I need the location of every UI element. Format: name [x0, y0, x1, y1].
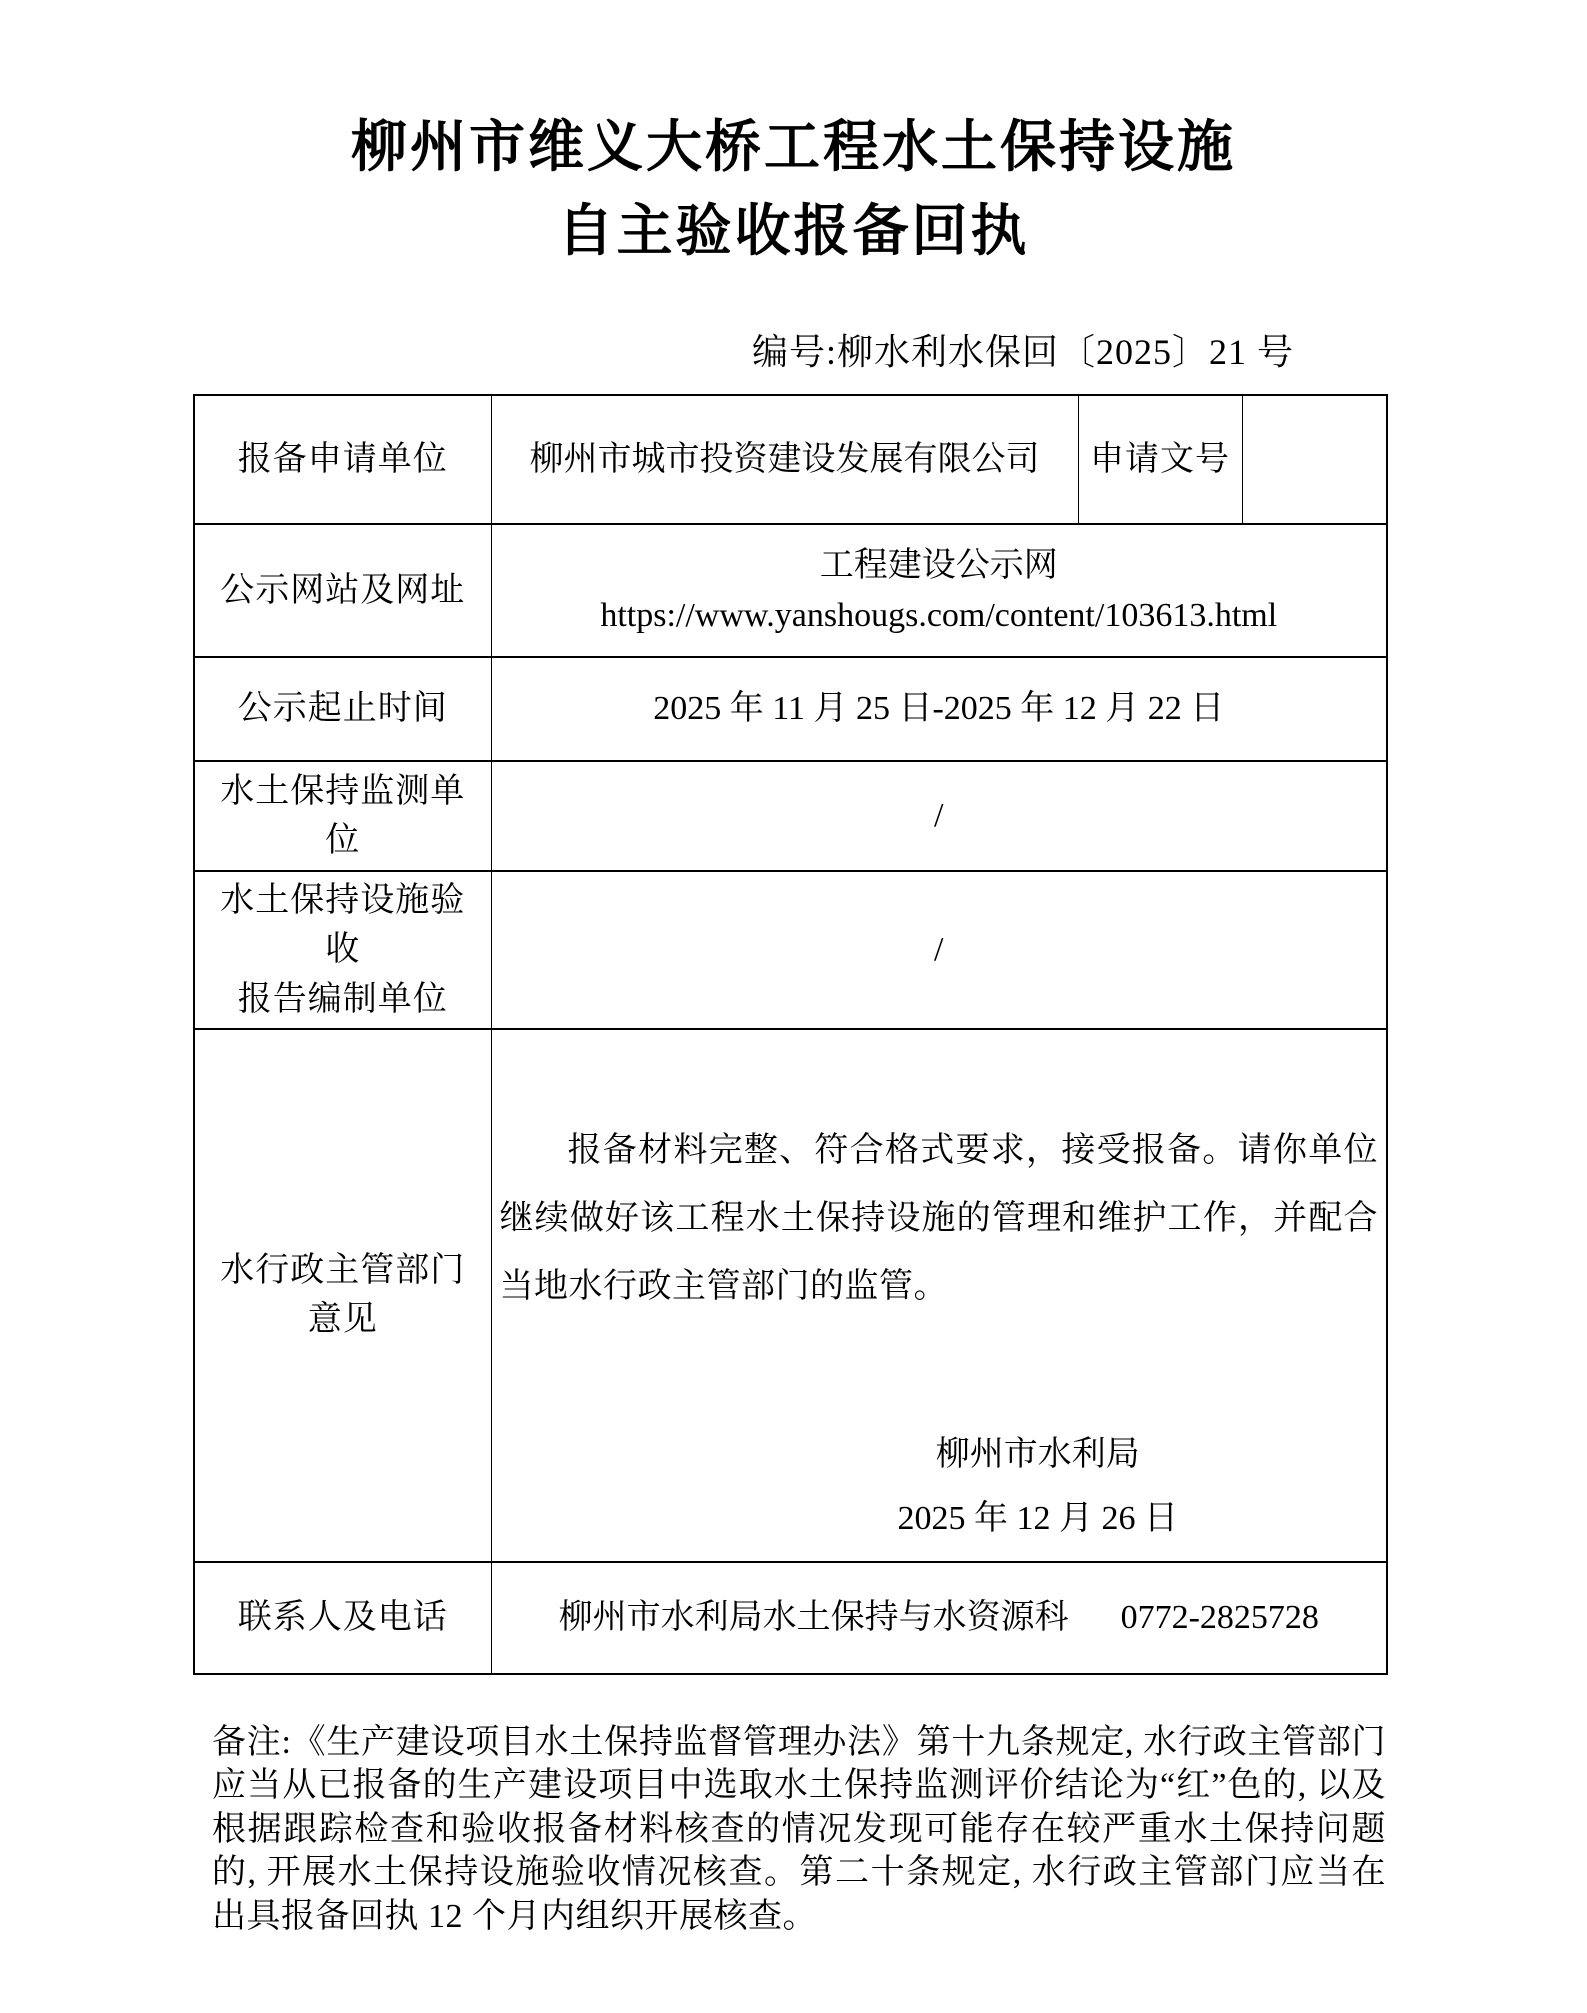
monitoring-unit-row: 水土保持监测单位 / [194, 761, 1387, 871]
applicant-value-cell: 柳州市城市投资建设发展有限公司 [491, 395, 1078, 524]
monitoring-unit-value-cell: / [491, 761, 1387, 871]
application-doc-no-label-cell: 申请文号 [1078, 395, 1242, 524]
document-page: 柳州市维义大桥工程水土保持设施 自主验收报备回执 编号:柳水利水保回〔2025〕… [0, 0, 1587, 2013]
title-line-2: 自主验收报备回执 [0, 190, 1587, 274]
contact-phone: 0772-2825728 [1121, 1593, 1319, 1642]
authority-opinion-label-cell: 水行政主管部门 意见 [194, 1029, 491, 1562]
report-unit-label-line-2: 报告编制单位 [203, 975, 483, 1024]
registration-form-table: 报备申请单位 柳州市城市投资建设发展有限公司 申请文号 公示网站及网址 工程建设… [193, 394, 1388, 1675]
opinion-paragraph: 报备材料完整、符合格式要求，接受报备。请你单位继续做好该工程水土保持设施的管理和… [500, 1117, 1379, 1321]
authority-opinion-row: 水行政主管部门 意见 报备材料完整、符合格式要求，接受报备。请你单位继续做好该工… [194, 1029, 1387, 1562]
publicity-website-row: 公示网站及网址 工程建设公示网 https://www.yanshougs.co… [194, 524, 1387, 657]
authority-opinion-label-line-1: 水行政主管部门 [203, 1246, 483, 1295]
report-unit-row: 水土保持设施验收 报告编制单位 / [194, 871, 1387, 1029]
signature-block: 柳州市水利局 2025 年 12 月 26 日 [898, 1423, 1179, 1551]
page-title: 柳州市维义大桥工程水土保持设施 自主验收报备回执 [0, 0, 1587, 274]
contact-org: 柳州市水利局水土保持与水资源科 [559, 1599, 1069, 1636]
report-unit-label-cell: 水土保持设施验收 报告编制单位 [194, 871, 491, 1029]
publicity-website-value-cell: 工程建设公示网 https://www.yanshougs.com/conten… [491, 524, 1387, 657]
application-doc-no-value-cell [1242, 395, 1387, 524]
publicity-period-row: 公示起止时间 2025 年 11 月 25 日-2025 年 12 月 22 日 [194, 657, 1387, 761]
title-line-1: 柳州市维义大桥工程水土保持设施 [0, 106, 1587, 190]
authority-opinion-label-line-2: 意见 [203, 1295, 483, 1344]
report-unit-label-line-1: 水土保持设施验收 [203, 876, 483, 975]
publicity-period-label-cell: 公示起止时间 [194, 657, 491, 761]
website-name: 工程建设公示网 [500, 541, 1379, 590]
website-url: https://www.yanshougs.com/content/103613… [500, 591, 1379, 640]
applicant-label-cell: 报备申请单位 [194, 395, 491, 524]
contact-label-cell: 联系人及电话 [194, 1562, 491, 1674]
contact-value-cell: 柳州市水利局水土保持与水资源科0772-2825728 [491, 1562, 1387, 1674]
document-number: 编号:柳水利水保回〔2025〕21 号 [193, 330, 1386, 374]
authority-opinion-value-cell: 报备材料完整、符合格式要求，接受报备。请你单位继续做好该工程水土保持设施的管理和… [491, 1029, 1387, 1562]
signature-date: 2025 年 12 月 26 日 [898, 1487, 1179, 1551]
publicity-period-value-cell: 2025 年 11 月 25 日-2025 年 12 月 22 日 [491, 657, 1387, 761]
footnote: 备注:《生产建设项目水土保持监督管理办法》第十九条规定, 水行政主管部门应当从已… [212, 1721, 1386, 1939]
contact-row: 联系人及电话 柳州市水利局水土保持与水资源科0772-2825728 [194, 1562, 1387, 1674]
applicant-row: 报备申请单位 柳州市城市投资建设发展有限公司 申请文号 [194, 395, 1387, 524]
signature-org: 柳州市水利局 [898, 1423, 1179, 1487]
monitoring-unit-label-cell: 水土保持监测单位 [194, 761, 491, 871]
publicity-website-label-cell: 公示网站及网址 [194, 524, 491, 657]
report-unit-value-cell: / [491, 871, 1387, 1029]
